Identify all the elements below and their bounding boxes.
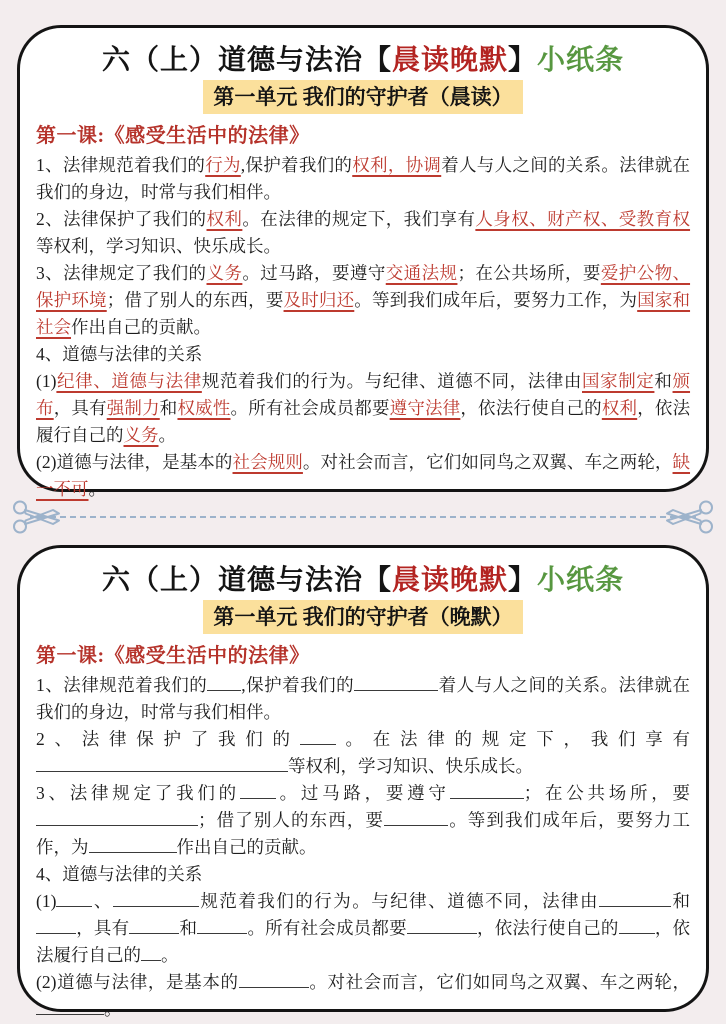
text-run: 。对社会而言，它们如同鸟之双翼、车之两轮，	[309, 972, 690, 992]
text-run: 纪律、道德与法律	[56, 371, 201, 391]
fill-in-blank	[36, 919, 76, 934]
text-run: 行为	[205, 155, 241, 175]
worksheet-paragraph: 2、法律保护了我们的。在法律的规定下，我们享有等权利，学习知识、快乐成长。	[36, 726, 690, 780]
fill-in-blank	[240, 784, 276, 799]
unit-subtitle-highlight: 第一单元 我们的守护者（晚默）	[203, 600, 522, 634]
text-run: 3、法律规定了我们的	[36, 783, 240, 803]
worksheet-paragraph: 1、法律规范着我们的行为,保护着我们的权利，协调着人与人之间的关系。法律就在我们…	[36, 152, 690, 206]
text-run: 。过马路，要遵守	[242, 263, 385, 283]
lesson-content: 1、法律规范着我们的行为,保护着我们的权利，协调着人与人之间的关系。法律就在我们…	[36, 152, 690, 503]
text-run: 。	[161, 945, 179, 965]
text-run: 规范着我们的行为。与纪律、道德不同，法律由	[199, 891, 599, 911]
text-run: 。对社会而言，它们如同鸟之双翼、车之两轮，	[303, 452, 673, 472]
text-run: 国家制定	[582, 371, 654, 391]
fill-in-blank	[142, 811, 198, 826]
worksheet-paragraph: 1、法律规范着我们的,保护着我们的着人与人之间的关系。法律就在我们的身边，时常与…	[36, 672, 690, 726]
fill-in-blank	[36, 757, 288, 772]
text-run: 作出自己的贡献。	[71, 317, 211, 337]
text-run: 。	[159, 425, 177, 445]
text-run: 。在法律的规定下，我们享有	[336, 729, 690, 749]
text-run: 和	[179, 918, 197, 938]
text-run: 权利	[207, 209, 243, 229]
fill-in-blank	[407, 919, 477, 934]
text-run: 义务	[207, 263, 243, 283]
text-run: 义务	[124, 425, 159, 445]
worksheet-paragraph: 4、道德与法律的关系	[36, 861, 690, 888]
evening-recitation-card: 六（上）道德与法治【晨读晚默】小纸条 第一单元 我们的守护者（晚默） 第一课:《…	[17, 545, 709, 1012]
text-run: 。所有社会成员都要	[247, 918, 407, 938]
text-run: ；在公共场所，要	[457, 263, 600, 283]
text-run: 晨读晚默	[392, 45, 508, 76]
text-run: 、	[92, 891, 112, 911]
worksheet-page: 六（上）道德与法治【晨读晚默】小纸条 第一单元 我们的守护者（晨读） 第一课:《…	[0, 0, 726, 1024]
morning-reading-card: 六（上）道德与法治【晨读晚默】小纸条 第一单元 我们的守护者（晨读） 第一课:《…	[17, 25, 709, 492]
text-run: (2)道德与法律，是基本的	[36, 972, 239, 992]
text-run: ；在公共场所，要	[524, 783, 690, 803]
text-run: 六（上）道德与法治【	[102, 45, 392, 76]
cut-line-divider	[0, 492, 726, 542]
text-run: 等权利，学习知识、快乐成长。	[288, 756, 533, 776]
text-run: ，依法行使自己的	[460, 398, 601, 418]
text-run: 和	[671, 891, 690, 911]
text-run: ，具有	[54, 398, 107, 418]
unit-subtitle-highlight: 第一单元 我们的守护者（晨读）	[203, 80, 522, 114]
fill-in-blank	[384, 811, 448, 826]
fill-in-blank	[113, 892, 199, 907]
worksheet-paragraph: (1)、规范着我们的行为。与纪律、道德不同，法律由和，具有和。所有社会成员都要，…	[36, 888, 690, 969]
worksheet-paragraph: 2、法律保护了我们的权利。在法律的规定下，我们享有人身权、财产权、受教育权等权利…	[36, 206, 690, 260]
text-run: 。等到我们成年后，要努力工作，为	[354, 290, 637, 310]
card-title: 六（上）道德与法治【晨读晚默】小纸条	[36, 38, 690, 78]
worksheet-paragraph: 3、法律规定了我们的义务。过马路，要遵守交通法规；在公共场所，要爱护公物、保护环…	[36, 260, 690, 341]
text-run: 六（上）道德与法治【	[102, 565, 392, 596]
text-run: 小纸条	[537, 45, 624, 76]
unit-subtitle-row: 第一单元 我们的守护者（晨读）	[36, 80, 690, 114]
text-run: (1)	[36, 371, 56, 391]
fill-in-blank	[141, 946, 161, 961]
text-run: ,保护着我们的	[241, 675, 354, 695]
fill-in-blank	[56, 892, 92, 907]
text-run: ,保护着我们的	[241, 155, 352, 175]
fill-in-blank	[36, 811, 142, 826]
worksheet-paragraph: (2)道德与法律，是基本的。对社会而言，它们如同鸟之双翼、车之两轮，。	[36, 969, 690, 1023]
text-run: 1、法律规范着我们的	[36, 155, 205, 175]
text-run: 小纸条	[537, 565, 624, 596]
text-run: 2、法律保护了我们的	[36, 209, 207, 229]
text-run: 人身权、财产权、受教育权	[475, 209, 690, 229]
text-run: 权利，协调	[352, 155, 441, 175]
text-run: 】	[508, 565, 537, 596]
fill-in-blank	[300, 730, 336, 745]
worksheet-paragraph: 3、法律规定了我们的。过马路，要遵守；在公共场所，要；借了别人的东西，要。等到我…	[36, 780, 690, 861]
fill-in-blank	[599, 892, 671, 907]
text-run: 1、法律规范着我们的	[36, 675, 207, 695]
fill-in-blank	[207, 676, 241, 691]
fill-in-blank	[450, 784, 524, 799]
fill-in-blank	[619, 919, 655, 934]
lesson-content: 1、法律规范着我们的,保护着我们的着人与人之间的关系。法律就在我们的身边，时常与…	[36, 672, 690, 1023]
text-run: ；借了别人的东西，要	[198, 810, 384, 830]
text-run: 和	[654, 371, 672, 391]
text-run: ，依法行使自己的	[477, 918, 619, 938]
text-run: 社会规则	[233, 452, 303, 472]
lesson-heading: 第一课:《感受生活中的法律》	[36, 639, 690, 668]
text-run: 交通法规	[386, 263, 458, 283]
text-run: 。所有社会成员都要	[231, 398, 390, 418]
fill-in-blank	[197, 919, 247, 934]
text-run: 及时归还	[284, 290, 355, 310]
text-run: 4、道德与法律的关系	[36, 864, 202, 884]
text-run: 权威性	[177, 398, 230, 418]
fill-in-blank	[36, 1000, 104, 1015]
lesson-heading: 第一课:《感受生活中的法律》	[36, 119, 690, 148]
scissors-icon	[660, 499, 714, 535]
worksheet-paragraph: 4、道德与法律的关系	[36, 341, 690, 368]
worksheet-paragraph: (1)纪律、道德与法律规范着我们的行为。与纪律、道德不同，法律由国家制定和颁布，…	[36, 368, 690, 449]
scissors-icon	[12, 499, 66, 535]
text-run: (2)道德与法律，是基本的	[36, 452, 233, 472]
fill-in-blank	[239, 973, 309, 988]
text-run: ，具有	[76, 918, 129, 938]
card-title: 六（上）道德与法治【晨读晚默】小纸条	[36, 558, 690, 598]
text-run: ；借了别人的东西，要	[107, 290, 284, 310]
text-run: (1)	[36, 891, 56, 911]
text-run: 权利	[602, 398, 637, 418]
text-run: 2、法律保护了我们的	[36, 729, 300, 749]
fill-in-blank	[129, 919, 179, 934]
text-run: 晨读晚默	[392, 565, 508, 596]
fill-in-blank	[354, 676, 438, 691]
text-run: 。在法律的规定下，我们享有	[242, 209, 475, 229]
text-run: 遵守法律	[390, 398, 461, 418]
text-run: 等权利，学习知识、快乐成长。	[36, 236, 281, 256]
text-run: 规范着我们的行为。与纪律、道德不同，法律由	[202, 371, 582, 391]
text-run: 作出自己的贡献。	[177, 837, 317, 857]
dashed-cut-line	[30, 516, 696, 518]
text-run: 4、道德与法律的关系	[36, 344, 202, 364]
fill-in-blank	[89, 838, 177, 853]
text-run: 强制力	[107, 398, 160, 418]
text-run: 。过马路，要遵守	[276, 783, 450, 803]
text-run: 3、法律规定了我们的	[36, 263, 207, 283]
text-run: 和	[160, 398, 178, 418]
text-run: 】	[508, 45, 537, 76]
text-run: 。	[104, 999, 122, 1019]
unit-subtitle-row: 第一单元 我们的守护者（晚默）	[36, 600, 690, 634]
